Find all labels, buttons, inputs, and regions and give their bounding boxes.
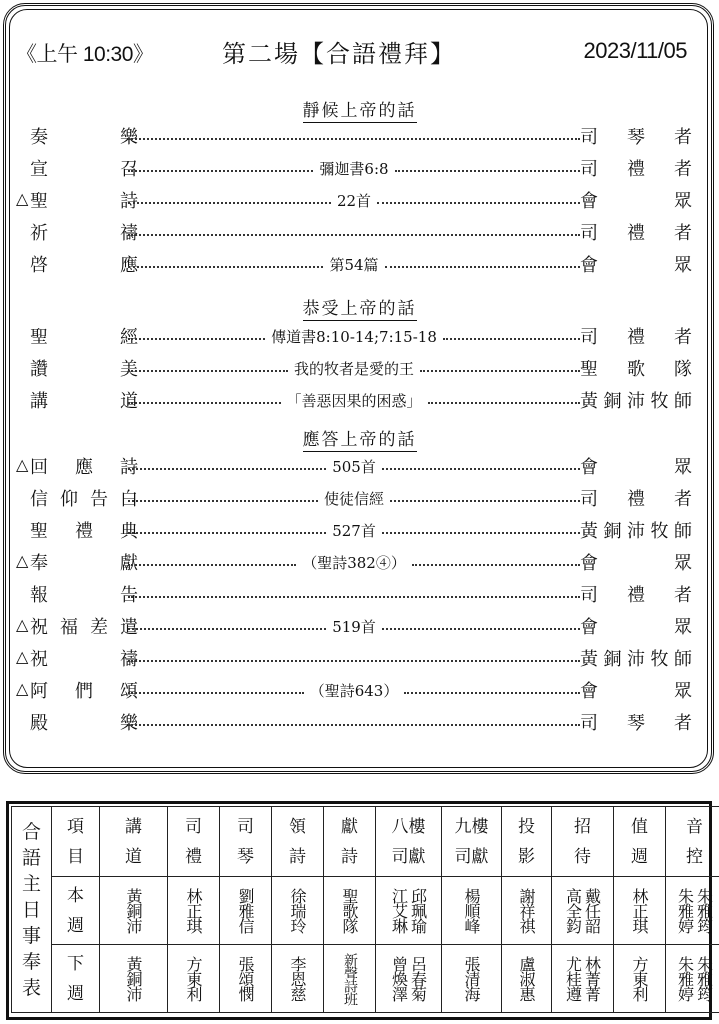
volunteer-name: 邱珮瑜 [410, 888, 427, 933]
item-name: 聖詩 [30, 186, 138, 214]
dot-leader: 傳道書8:10-14;7:15-18 [128, 322, 580, 350]
schedule-column-header: 音控 [666, 807, 719, 877]
schedule-column-header: 投影 [502, 807, 552, 877]
volunteer-name: 方東利 [185, 956, 202, 1001]
schedule-cell: 朱雅婷朱雅筠 [666, 877, 719, 945]
volunteer-name: 楊順峰 [463, 888, 480, 933]
congregation-stand-marker: △ [16, 189, 28, 208]
service-item-row: 殿樂司琴者 [16, 708, 698, 736]
congregation-stand-marker: △ [16, 647, 28, 666]
item-leader: 會眾 [580, 612, 692, 640]
schedule-cell: 林正琪 [168, 877, 220, 945]
volunteer-name: 林正琪 [631, 888, 648, 933]
item-detail: 彌迦書6:8 [313, 158, 394, 179]
schedule-table: 合語主日事奉表 項目講道司禮司琴領詩獻詩八樓司獻九樓司獻投影招待值週音控本週黃銅… [6, 801, 712, 1020]
item-detail: 22首 [331, 190, 377, 211]
item-name: 回應詩 [30, 452, 138, 480]
schedule-title: 合語主日事奉表 [12, 807, 52, 1013]
service-date: 2023/11/05 [584, 38, 687, 64]
schedule-cell: 謝祥祺 [502, 877, 552, 945]
dot-leader: 505首 [128, 452, 580, 480]
volunteer-name: 徐瑞玲 [289, 888, 306, 933]
dot-leader: 22首 [128, 186, 580, 214]
item-leader: 司禮者 [580, 218, 692, 246]
item-leader: 黃銅沛牧師 [580, 644, 692, 672]
item-name: 宣召 [30, 154, 138, 182]
volunteer-name: 朱雅婷 [677, 956, 694, 1001]
item-name: 奉獻 [30, 548, 138, 576]
item-detail: 「善惡因果的困惑」 [281, 390, 428, 411]
item-leader: 會眾 [580, 676, 692, 704]
service-item-row: △回應詩505首會眾 [16, 452, 698, 480]
volunteer-name: 高全鈞 [565, 888, 582, 933]
dot-leader [128, 580, 580, 608]
section-heading: 應答上帝的話 [0, 425, 719, 450]
item-leader: 司禮者 [580, 580, 692, 608]
service-item-row: △聖詩22首會眾 [16, 186, 698, 214]
item-name: 聖禮典 [30, 516, 138, 544]
schedule-column-header: 獻詩 [324, 807, 376, 877]
service-item-row: 信仰告白使徒信經司禮者 [16, 484, 698, 512]
schedule-column-header: 值週 [614, 807, 666, 877]
volunteer-name: 方東利 [631, 956, 648, 1001]
volunteer-name: 盧淑惠 [518, 956, 535, 1001]
volunteer-name: 戴任韶 [584, 888, 601, 933]
volunteer-name: 朱雅筠 [696, 956, 713, 1001]
item-detail: （聖詩643） [304, 680, 405, 701]
item-leader: 會眾 [580, 452, 692, 480]
schedule-cell: 林正琪 [614, 877, 666, 945]
volunteer-name: 新聲詩班 [341, 953, 358, 1005]
service-item-row: △祝福差遣519首會眾 [16, 612, 698, 640]
volunteer-name: 聖歌隊 [341, 888, 358, 933]
item-detail: 519首 [326, 616, 382, 637]
section-heading: 恭受上帝的話 [0, 294, 719, 319]
volunteer-name: 朱雅婷 [677, 888, 694, 933]
service-item-row: 宣召彌迦書6:8司禮者 [16, 154, 698, 182]
item-detail: 527首 [326, 520, 382, 541]
item-detail: 我的牧者是愛的王 [288, 358, 420, 379]
schedule-cell: 李恩慈 [272, 945, 324, 1013]
schedule-column-header: 招待 [552, 807, 614, 877]
congregation-stand-marker: △ [16, 679, 28, 698]
service-time: 《上午 10:30》 [16, 38, 153, 68]
dot-leader [128, 218, 580, 246]
item-leader: 會眾 [580, 548, 692, 576]
volunteer-name: 呂春菊 [410, 956, 427, 1001]
schedule-cell: 聖歌隊 [324, 877, 376, 945]
schedule-cell: 尤桂遵林菁菁 [552, 945, 614, 1013]
dot-leader [128, 122, 580, 150]
service-item-row: △阿們頌（聖詩643）會眾 [16, 676, 698, 704]
item-leader: 黃銅沛牧師 [580, 516, 692, 544]
page-title: 第二場【合語禮拜】 [222, 34, 456, 69]
schedule-column-header: 司禮 [168, 807, 220, 877]
item-name: 奏樂 [30, 122, 138, 150]
schedule-cell: 徐瑞玲 [272, 877, 324, 945]
dot-leader: 使徒信經 [128, 484, 580, 512]
service-item-row: 啓應第54篇會眾 [16, 250, 698, 278]
schedule-cell: 方東利 [614, 945, 666, 1013]
service-item-row: 聖經傳道書8:10-14;7:15-18司禮者 [16, 322, 698, 350]
schedule-cell: 江艾琳邱珮瑜 [376, 877, 442, 945]
item-leader: 司禮者 [580, 154, 692, 182]
dot-leader: 527首 [128, 516, 580, 544]
volunteer-name: 李恩慈 [289, 956, 306, 1001]
volunteer-name: 尤桂遵 [565, 956, 582, 1001]
item-leader: 司琴者 [580, 708, 692, 736]
dot-leader: 「善惡因果的困惑」 [128, 386, 580, 414]
section-heading: 靜候上帝的話 [0, 96, 719, 121]
schedule-cell: 方東利 [168, 945, 220, 1013]
volunteer-name: 林菁菁 [584, 956, 601, 1001]
item-name: 讚美 [30, 354, 138, 382]
item-name: 祈禱 [30, 218, 138, 246]
schedule-cell: 黃銅沛 [100, 877, 168, 945]
volunteer-name: 黃銅沛 [125, 888, 142, 933]
dot-leader: （聖詩382④） [128, 548, 580, 576]
item-leader: 黃銅沛牧師 [580, 386, 692, 414]
dot-leader: 519首 [128, 612, 580, 640]
item-detail: （聖詩382④） [296, 552, 412, 573]
service-item-row: 祈禱司禮者 [16, 218, 698, 246]
dot-leader: （聖詩643） [128, 676, 580, 704]
schedule-cell: 楊順峰 [442, 877, 502, 945]
item-leader: 會眾 [580, 186, 692, 214]
item-detail: 505首 [326, 456, 382, 477]
item-name: 祝禱 [30, 644, 138, 672]
item-name: 聖經 [30, 322, 138, 350]
item-detail: 使徒信經 [318, 488, 390, 509]
item-leader: 會眾 [580, 250, 692, 278]
service-item-row: 讚美我的牧者是愛的王聖歌隊 [16, 354, 698, 382]
row-label-next-week: 下週 [52, 945, 100, 1013]
volunteer-name: 江艾琳 [391, 888, 408, 933]
volunteer-name: 張頌憫 [237, 956, 254, 1001]
schedule-column-header: 九樓司獻 [442, 807, 502, 877]
volunteer-name: 謝祥祺 [518, 888, 535, 933]
schedule-cell: 朱雅婷朱雅筠 [666, 945, 719, 1013]
item-leader: 聖歌隊 [580, 354, 692, 382]
service-item-row: 聖禮典527首黃銅沛牧師 [16, 516, 698, 544]
volunteer-name: 曾煥澤 [391, 956, 408, 1001]
schedule-cell: 新聲詩班 [324, 945, 376, 1013]
dot-leader [128, 644, 580, 672]
congregation-stand-marker: △ [16, 615, 28, 634]
schedule-cell: 曾煥澤呂春菊 [376, 945, 442, 1013]
item-leader: 司禮者 [580, 322, 692, 350]
item-leader: 司禮者 [580, 484, 692, 512]
service-item-row: 報告司禮者 [16, 580, 698, 608]
item-name: 報告 [30, 580, 138, 608]
volunteer-name: 黃銅沛 [125, 956, 142, 1001]
item-leader: 司琴者 [580, 122, 692, 150]
schedule-cell: 劉雅信 [220, 877, 272, 945]
schedule-column-header: 八樓司獻 [376, 807, 442, 877]
row-label-header: 項目 [52, 807, 100, 877]
service-item-row: △奉獻（聖詩382④）會眾 [16, 548, 698, 576]
dot-leader: 第54篇 [128, 250, 580, 278]
item-name: 祝福差遣 [30, 612, 138, 640]
schedule-column-header: 領詩 [272, 807, 324, 877]
volunteer-name: 張清海 [463, 956, 480, 1001]
service-item-row: 講道「善惡因果的困惑」黃銅沛牧師 [16, 386, 698, 414]
item-name: 殿樂 [30, 708, 138, 736]
item-name: 啓應 [30, 250, 138, 278]
item-detail: 傳道書8:10-14;7:15-18 [265, 326, 443, 347]
service-item-row: △祝禱黃銅沛牧師 [16, 644, 698, 672]
schedule-cell: 張清海 [442, 945, 502, 1013]
dot-leader: 我的牧者是愛的王 [128, 354, 580, 382]
item-name: 講道 [30, 386, 138, 414]
volunteer-name: 林正琪 [185, 888, 202, 933]
row-label-this-week: 本週 [52, 877, 100, 945]
dot-leader: 彌迦書6:8 [128, 154, 580, 182]
volunteer-name: 朱雅筠 [696, 888, 713, 933]
congregation-stand-marker: △ [16, 455, 28, 474]
item-name: 信仰告白 [30, 484, 138, 512]
congregation-stand-marker: △ [16, 551, 28, 570]
schedule-cell: 高全鈞戴任韶 [552, 877, 614, 945]
item-detail: 第54篇 [323, 254, 384, 275]
schedule-column-header: 講道 [100, 807, 168, 877]
schedule-column-header: 司琴 [220, 807, 272, 877]
item-name: 阿們頌 [30, 676, 138, 704]
dot-leader [128, 708, 580, 736]
schedule-cell: 張頌憫 [220, 945, 272, 1013]
schedule-cell: 黃銅沛 [100, 945, 168, 1013]
schedule-cell: 盧淑惠 [502, 945, 552, 1013]
volunteer-name: 劉雅信 [237, 888, 254, 933]
service-item-row: 奏樂司琴者 [16, 122, 698, 150]
